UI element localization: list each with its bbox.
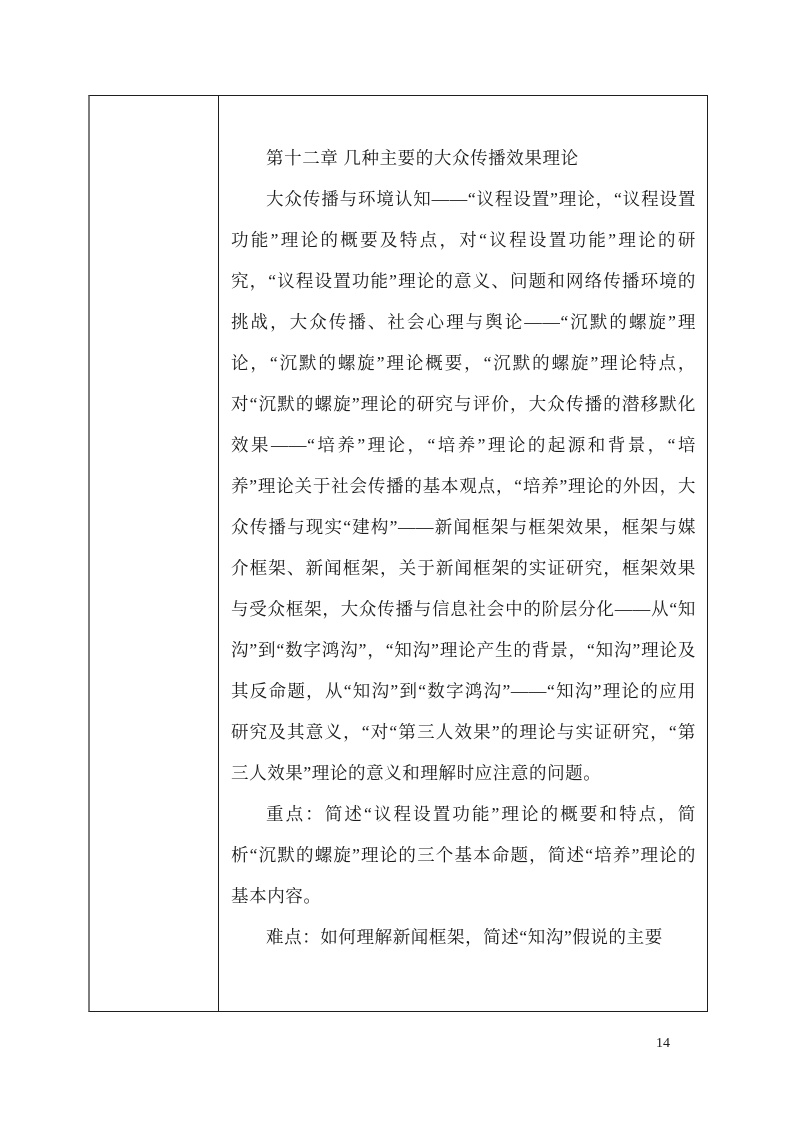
difficult-points-paragraph: 难点：如何理解新闻框架，简述“知沟”假说的主要 xyxy=(231,917,696,958)
table-cell-content: 第十二章 几种主要的大众传播效果理论 大众传播与环境认知——“议程设置”理论，“… xyxy=(219,96,707,1011)
table-cell-left-empty xyxy=(90,96,219,1011)
chapter-outline-paragraph: 大众传播与环境认知——“议程设置”理论，“议程设置功能”理论的概要及特点，对“议… xyxy=(231,179,696,794)
page-number: 14 xyxy=(656,1036,670,1052)
syllabus-table: 第十二章 几种主要的大众传播效果理论 大众传播与环境认知——“议程设置”理论，“… xyxy=(88,95,708,1012)
chapter-heading: 第十二章 几种主要的大众传播效果理论 xyxy=(231,138,696,179)
key-points-paragraph: 重点：简述“议程设置功能”理论的概要和特点，简析“沉默的螺旋”理论的三个基本命题… xyxy=(231,794,696,917)
document-page: 第十二章 几种主要的大众传播效果理论 大众传播与环境认知——“议程设置”理论，“… xyxy=(0,0,794,1123)
